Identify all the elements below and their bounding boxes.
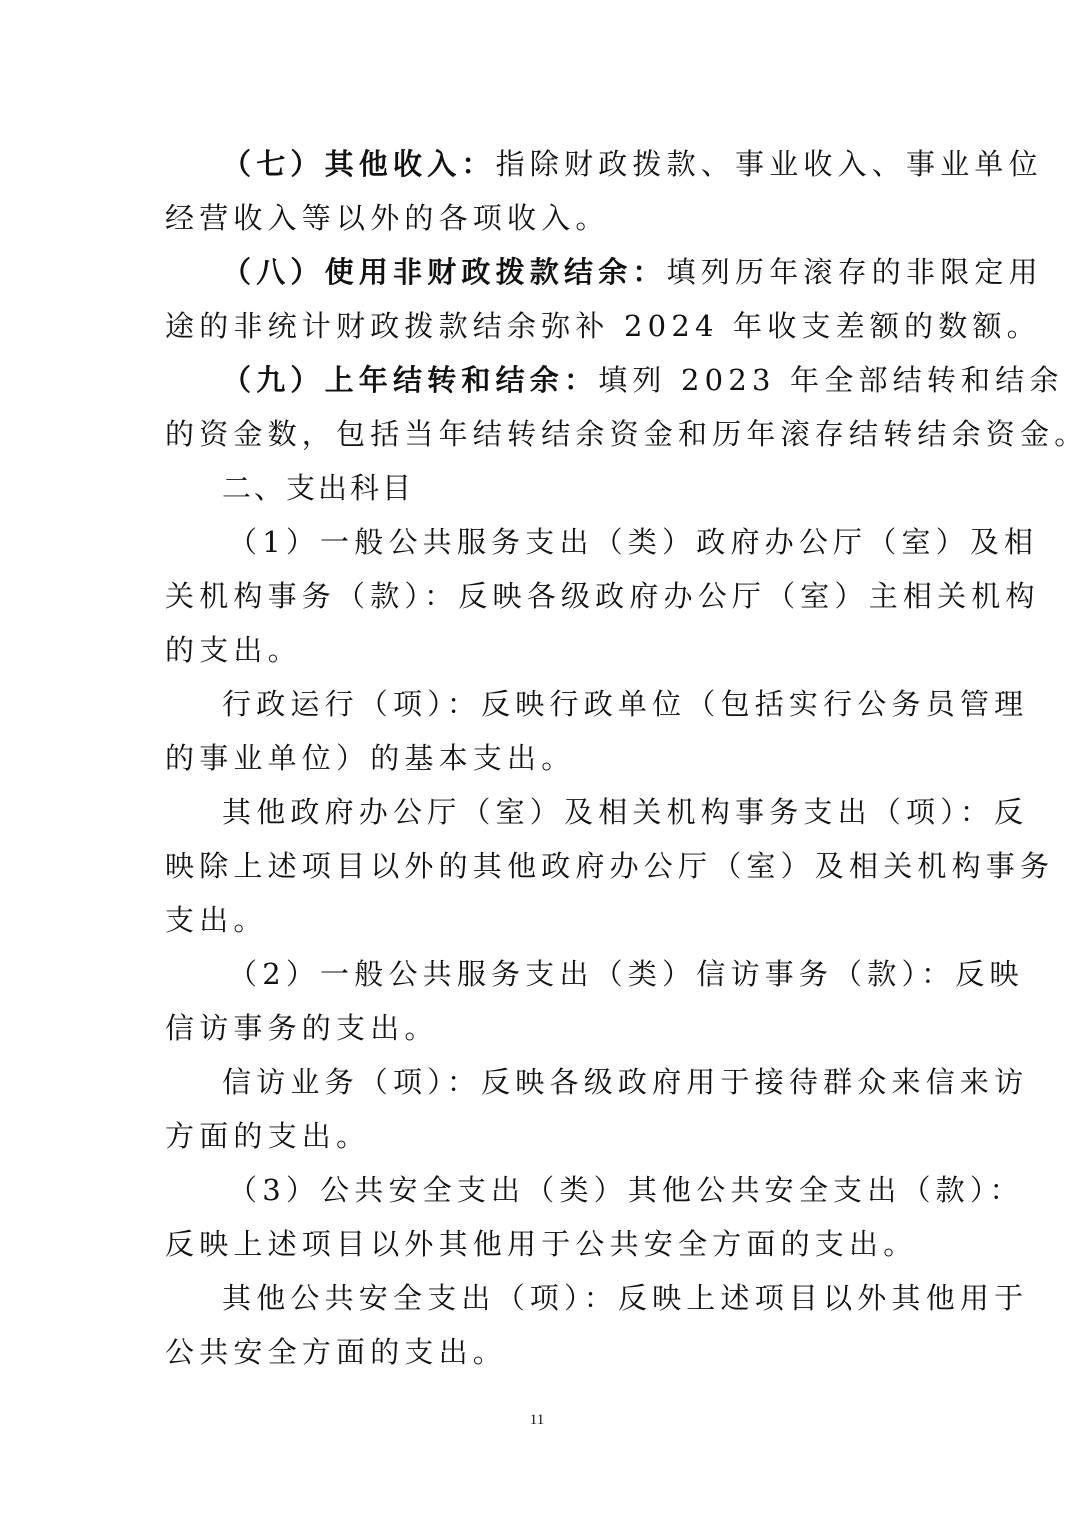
paragraph-other-public-safety: 其他公共安全支出（项）：反映上述项目以外其他用于 [222, 1278, 1028, 1318]
paragraph-prior-year-carryover: （九）上年结转和结余：填列 2023 年全部结转和结余 [222, 360, 1064, 400]
paragraph-text-line: 信访事务的支出。 [165, 1008, 439, 1048]
page-number: 11 [0, 1412, 1074, 1429]
paragraph-other-office-affairs: 其他政府办公厅（室）及相关机构事务支出（项）：反 [222, 792, 1028, 832]
paragraph-text-line: 经营收入等以外的各项收入。 [165, 198, 610, 238]
paragraph-non-fiscal-balance: （八）使用非财政拨款结余：填列历年滚存的非限定用 [222, 252, 1043, 292]
paragraph-text-line: 途的非统计财政拨款结余弥补 2024 年收支差额的数额。 [165, 306, 1041, 346]
paragraph-text-line: 的支出。 [165, 630, 302, 670]
paragraph-text-line: 关机构事务（款）：反映各级政府办公厅（室）主相关机构 [165, 576, 1040, 616]
paragraph-text-line: 的事业单位）的基本支出。 [165, 738, 575, 778]
paragraph-item-3: （3）公共安全支出（类）其他公共安全支出（款）： [228, 1170, 1024, 1210]
paragraph-text-line: 反映上述项目以外其他用于公共安全方面的支出。 [165, 1224, 917, 1264]
paragraph-text: 填列历年滚存的非限定用 [667, 255, 1043, 289]
paragraph-other-income: （七）其他收入：指除财政拨款、事业收入、事业单位 [222, 144, 1043, 184]
paragraph-text-line: 的资金数，包括当年结转结余资金和历年滚存结转结余资金。 [165, 414, 1074, 454]
term-label: （八）使用非财政拨款结余： [222, 255, 667, 289]
paragraph-petition-business: 信访业务（项）：反映各级政府用于接待群众来信来访 [222, 1062, 1028, 1102]
paragraph-text: 指除财政拨款、事业收入、事业单位 [496, 147, 1043, 181]
term-label: （七）其他收入： [222, 147, 496, 181]
paragraph-item-1: （1）一般公共服务支出（类）政府办公厅（室）及相 [228, 522, 1038, 562]
paragraph-admin-operation: 行政运行（项）：反映行政单位（包括实行公务员管理 [222, 684, 1028, 724]
paragraph-text-line: 公共安全方面的支出。 [165, 1332, 507, 1372]
section-heading-expenditure: 二、支出科目 [222, 468, 414, 508]
term-label: （九）上年结转和结余： [222, 363, 598, 397]
paragraph-text-line: 方面的支出。 [165, 1116, 370, 1156]
paragraph-item-2: （2）一般公共服务支出（类）信访事务（款）：反映 [228, 954, 1024, 994]
paragraph-text-line: 支出。 [165, 900, 268, 940]
paragraph-text-line: 映除上述项目以外的其他政府办公厅（室）及相关机构事务 [165, 846, 1054, 886]
paragraph-text: 填列 2023 年全部结转和结余 [598, 363, 1063, 397]
